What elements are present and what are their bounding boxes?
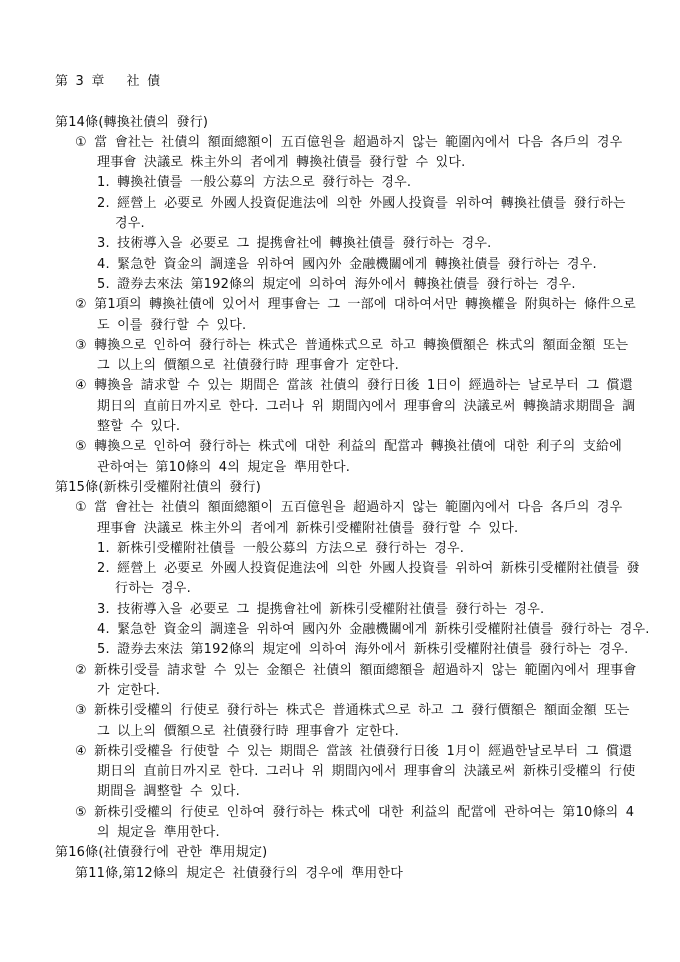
item-line: ② 第1項의 轉換社債에 있어서 理事會는 그 一部에 대하여서만 轉換權을 附… bbox=[0, 295, 680, 315]
subitem-line: 1. 新株引受權附社債를 一般公募의 方法으로 發行하는 경우. bbox=[0, 539, 680, 559]
item-line: 관하여는 第10條의 4의 規定을 準用한다. bbox=[0, 458, 680, 478]
item-line: 期日의 直前日까지로 한다. 그러나 위 期間內에서 理事會의 決議로써 新株引… bbox=[0, 762, 680, 782]
item-line: 整할 수 있다. bbox=[0, 417, 680, 437]
subitem-line: 2. 經營上 必要로 外國人投資促進法에 의한 外國人投資를 위하여 轉換社債를… bbox=[0, 194, 680, 214]
item-line: ③ 新株引受權의 行使로 發行하는 株式은 普通株式으로 하고 그 發行價額은 … bbox=[0, 701, 680, 721]
subitem-line: 5. 證券去來法 第192條의 規定에 의하여 海外에서 新株引受權附社債를 發… bbox=[0, 640, 680, 660]
article-heading: 第15條(新株引受權附社債의 發行) bbox=[0, 478, 680, 498]
document-body: 第14條(轉換社債의 發行)① 當 會社는 社債의 額面總額이 五百億원을 超過… bbox=[0, 113, 680, 884]
subitem-line: 1. 轉換社債를 一般公募의 方法으로 發行하는 경우. bbox=[0, 173, 680, 193]
item-line: 理事會 決議로 株主外의 者에게 轉換社債를 發行할 수 있다. bbox=[0, 153, 680, 173]
item-line: ① 當 會社는 社債의 額面總額이 五百億원을 超過하지 않는 範圍內에서 다음… bbox=[0, 133, 680, 153]
subitem-line: 行하는 경우. bbox=[0, 579, 680, 599]
item-line: ① 當 會社는 社債의 額面總額이 五百億원을 超過하지 않는 範圍內에서 다음… bbox=[0, 498, 680, 518]
article-heading: 第14條(轉換社債의 發行) bbox=[0, 113, 680, 133]
item-line: 가 定한다. bbox=[0, 681, 680, 701]
article-heading: 第16條(社債發行에 관한 準用規定) bbox=[0, 843, 680, 863]
subitem-line: 2. 經營上 必要로 外國人投資促進法에 의한 外國人投資를 위하여 新株引受權… bbox=[0, 559, 680, 579]
subitem-line: 5. 證券去來法 第192條의 規定에 의하여 海外에서 轉換社債를 發行하는 … bbox=[0, 275, 680, 295]
item-line: ④ 轉換을 請求할 수 있는 期間은 當該 社債의 發行日後 1日이 經過하는 … bbox=[0, 376, 680, 396]
subitem-line: 3. 技術導入을 必要로 그 提携會社에 新株引受權附社債를 發行하는 경우. bbox=[0, 600, 680, 620]
subitem-line: 3. 技術導入을 必要로 그 提携會社에 轉換社債를 發行하는 경우. bbox=[0, 234, 680, 254]
subitem-line: 경우. bbox=[0, 214, 680, 234]
item-line: ② 新株引受를 請求할 수 있는 金額은 社債의 額面總額을 超過하지 않는 範… bbox=[0, 661, 680, 681]
item-line: 理事會 決議로 株主外의 者에게 新株引受權附社債를 發行할 수 있다. bbox=[0, 519, 680, 539]
item-line: 그 以上의 價額으로 社債發行時 理事會가 定한다. bbox=[0, 722, 680, 742]
item-line: ⑤ 新株引受權의 行使로 인하여 發行하는 株式에 대한 利益의 配當에 관하여… bbox=[0, 803, 680, 823]
body-line: 第11條,第12條의 規定은 社債發行의 경우에 準用한다 bbox=[0, 864, 680, 884]
item-line: 의 規定을 準用한다. bbox=[0, 823, 680, 843]
item-line: ③ 轉換으로 인하여 發行하는 株式은 普通株式으로 하고 轉換價額은 株式의 … bbox=[0, 336, 680, 356]
subitem-line: 4. 緊急한 資金의 調達을 위하여 國內外 金融機關에게 轉換社債를 發行하는… bbox=[0, 255, 680, 275]
item-line: 期日의 直前日까지로 한다. 그러나 위 期間內에서 理事會의 決議로써 轉換請… bbox=[0, 397, 680, 417]
item-line: 期間을 調整할 수 있다. bbox=[0, 782, 680, 802]
chapter-heading: 第 3 章 社 債 bbox=[0, 72, 680, 92]
item-line: ④ 新株引受權을 行使할 수 있는 期間은 當該 社債發行日後 1月이 經過한날… bbox=[0, 742, 680, 762]
item-line: 그 以上의 價額으로 社債發行時 理事會가 定한다. bbox=[0, 356, 680, 376]
subitem-line: 4. 緊急한 資金의 調達을 위하여 國內外 金融機關에게 新株引受權附社債를 … bbox=[0, 620, 680, 640]
blank-line bbox=[0, 92, 680, 112]
item-line: 도 이를 發行할 수 있다. bbox=[0, 316, 680, 336]
item-line: ⑤ 轉換으로 인하여 發行하는 株式에 대한 利益의 配當과 轉換社債에 대한 … bbox=[0, 437, 680, 457]
document-page: 第 3 章 社 債 第14條(轉換社債의 發行)① 當 會社는 社債의 額面總額… bbox=[0, 0, 680, 962]
